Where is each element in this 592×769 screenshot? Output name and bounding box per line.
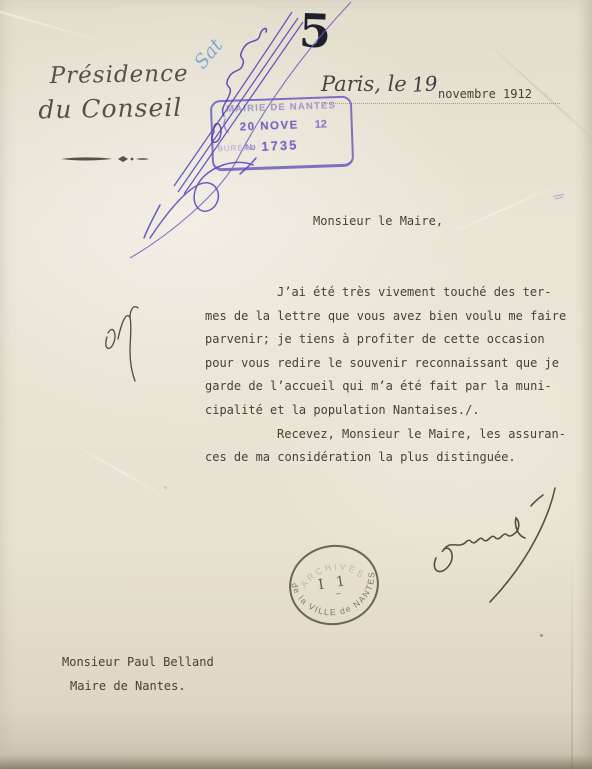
body-line: ces de ma considération la plus distingu…: [205, 446, 566, 470]
body-line: Recevez, Monsieur le Maire, les assuran-: [205, 423, 566, 447]
recipient-title: Maire de Nantes.: [70, 674, 214, 698]
margin-initials-mark: [106, 307, 138, 381]
body-line: cipalité et la population Nantaises./.: [205, 399, 566, 423]
recipient-name: Monsieur Paul Belland: [62, 650, 214, 674]
receipt-stamp-numero-label: №: [245, 142, 255, 152]
body-line: parvenir; je tiens à profiter de cette o…: [205, 328, 566, 352]
receipt-stamp-year: 12: [315, 118, 328, 130]
receipt-stamp-date: 20 NOVE: [240, 119, 299, 133]
signature-scrawl: [428, 478, 568, 613]
paper-crease: [571, 550, 573, 769]
paper-bottom-shadow: [0, 755, 592, 769]
salutation: Monsieur le Maire,: [313, 214, 443, 228]
archives-round-stamp: ARCHIVES de la VILLE de NANTES I 1 –: [278, 534, 391, 637]
paper-crease: [436, 182, 565, 240]
dateline-day-handwritten: 19: [411, 71, 438, 97]
violet-fleck-mark: [553, 194, 564, 199]
signature-descender-stroke: [490, 488, 555, 602]
letterhead-line1: Présidence: [49, 61, 188, 89]
receipt-stamp-numero: 1735: [261, 137, 299, 154]
dateline-month-year: novembre 1912: [438, 87, 532, 101]
body-line: mes de la lettre que vous avez bien voul…: [205, 305, 566, 329]
body-line: J’ai été très vivement touché des ter-: [205, 281, 566, 305]
dateline-rule: [324, 103, 560, 104]
handwritten-note-sat: Sat: [190, 34, 228, 73]
mairie-receipt-stamp: MAIRIE DE NANTES ( 20 NOVE 12 BUREAU № 1…: [210, 96, 354, 172]
ink-fleck: [540, 634, 543, 637]
letterhead-flourish: [60, 152, 150, 166]
signature-main-stroke: [434, 518, 525, 572]
paper-crease: [68, 440, 173, 501]
recipient-block: Monsieur Paul Belland Maire de Nantes.: [62, 650, 214, 698]
archives-stamp-center: I 1: [317, 573, 350, 594]
receipt-stamp-bracket: (: [221, 117, 230, 136]
receipt-stamp-title: MAIRIE DE NANTES: [212, 100, 350, 116]
letterhead: Présidence du Conseil: [37, 61, 189, 125]
dateline-place: Paris, le: [321, 72, 407, 96]
ink-fleck: [164, 486, 167, 489]
signature-accent-stroke: [531, 495, 543, 506]
body-line: garde de l’accueil qui m’a été fait par …: [205, 375, 566, 399]
paper-crease: [0, 8, 116, 46]
page-number-annotation: 5: [298, 3, 332, 58]
letter-body: J’ai été très vivement touché des ter- m…: [205, 281, 566, 470]
body-line: pour vous redire le souvenir reconnaissa…: [205, 352, 566, 376]
letter-page: Présidence du Conseil 5 Paris, le 19 nov…: [0, 0, 592, 769]
letterhead-line2: du Conseil: [38, 93, 189, 125]
